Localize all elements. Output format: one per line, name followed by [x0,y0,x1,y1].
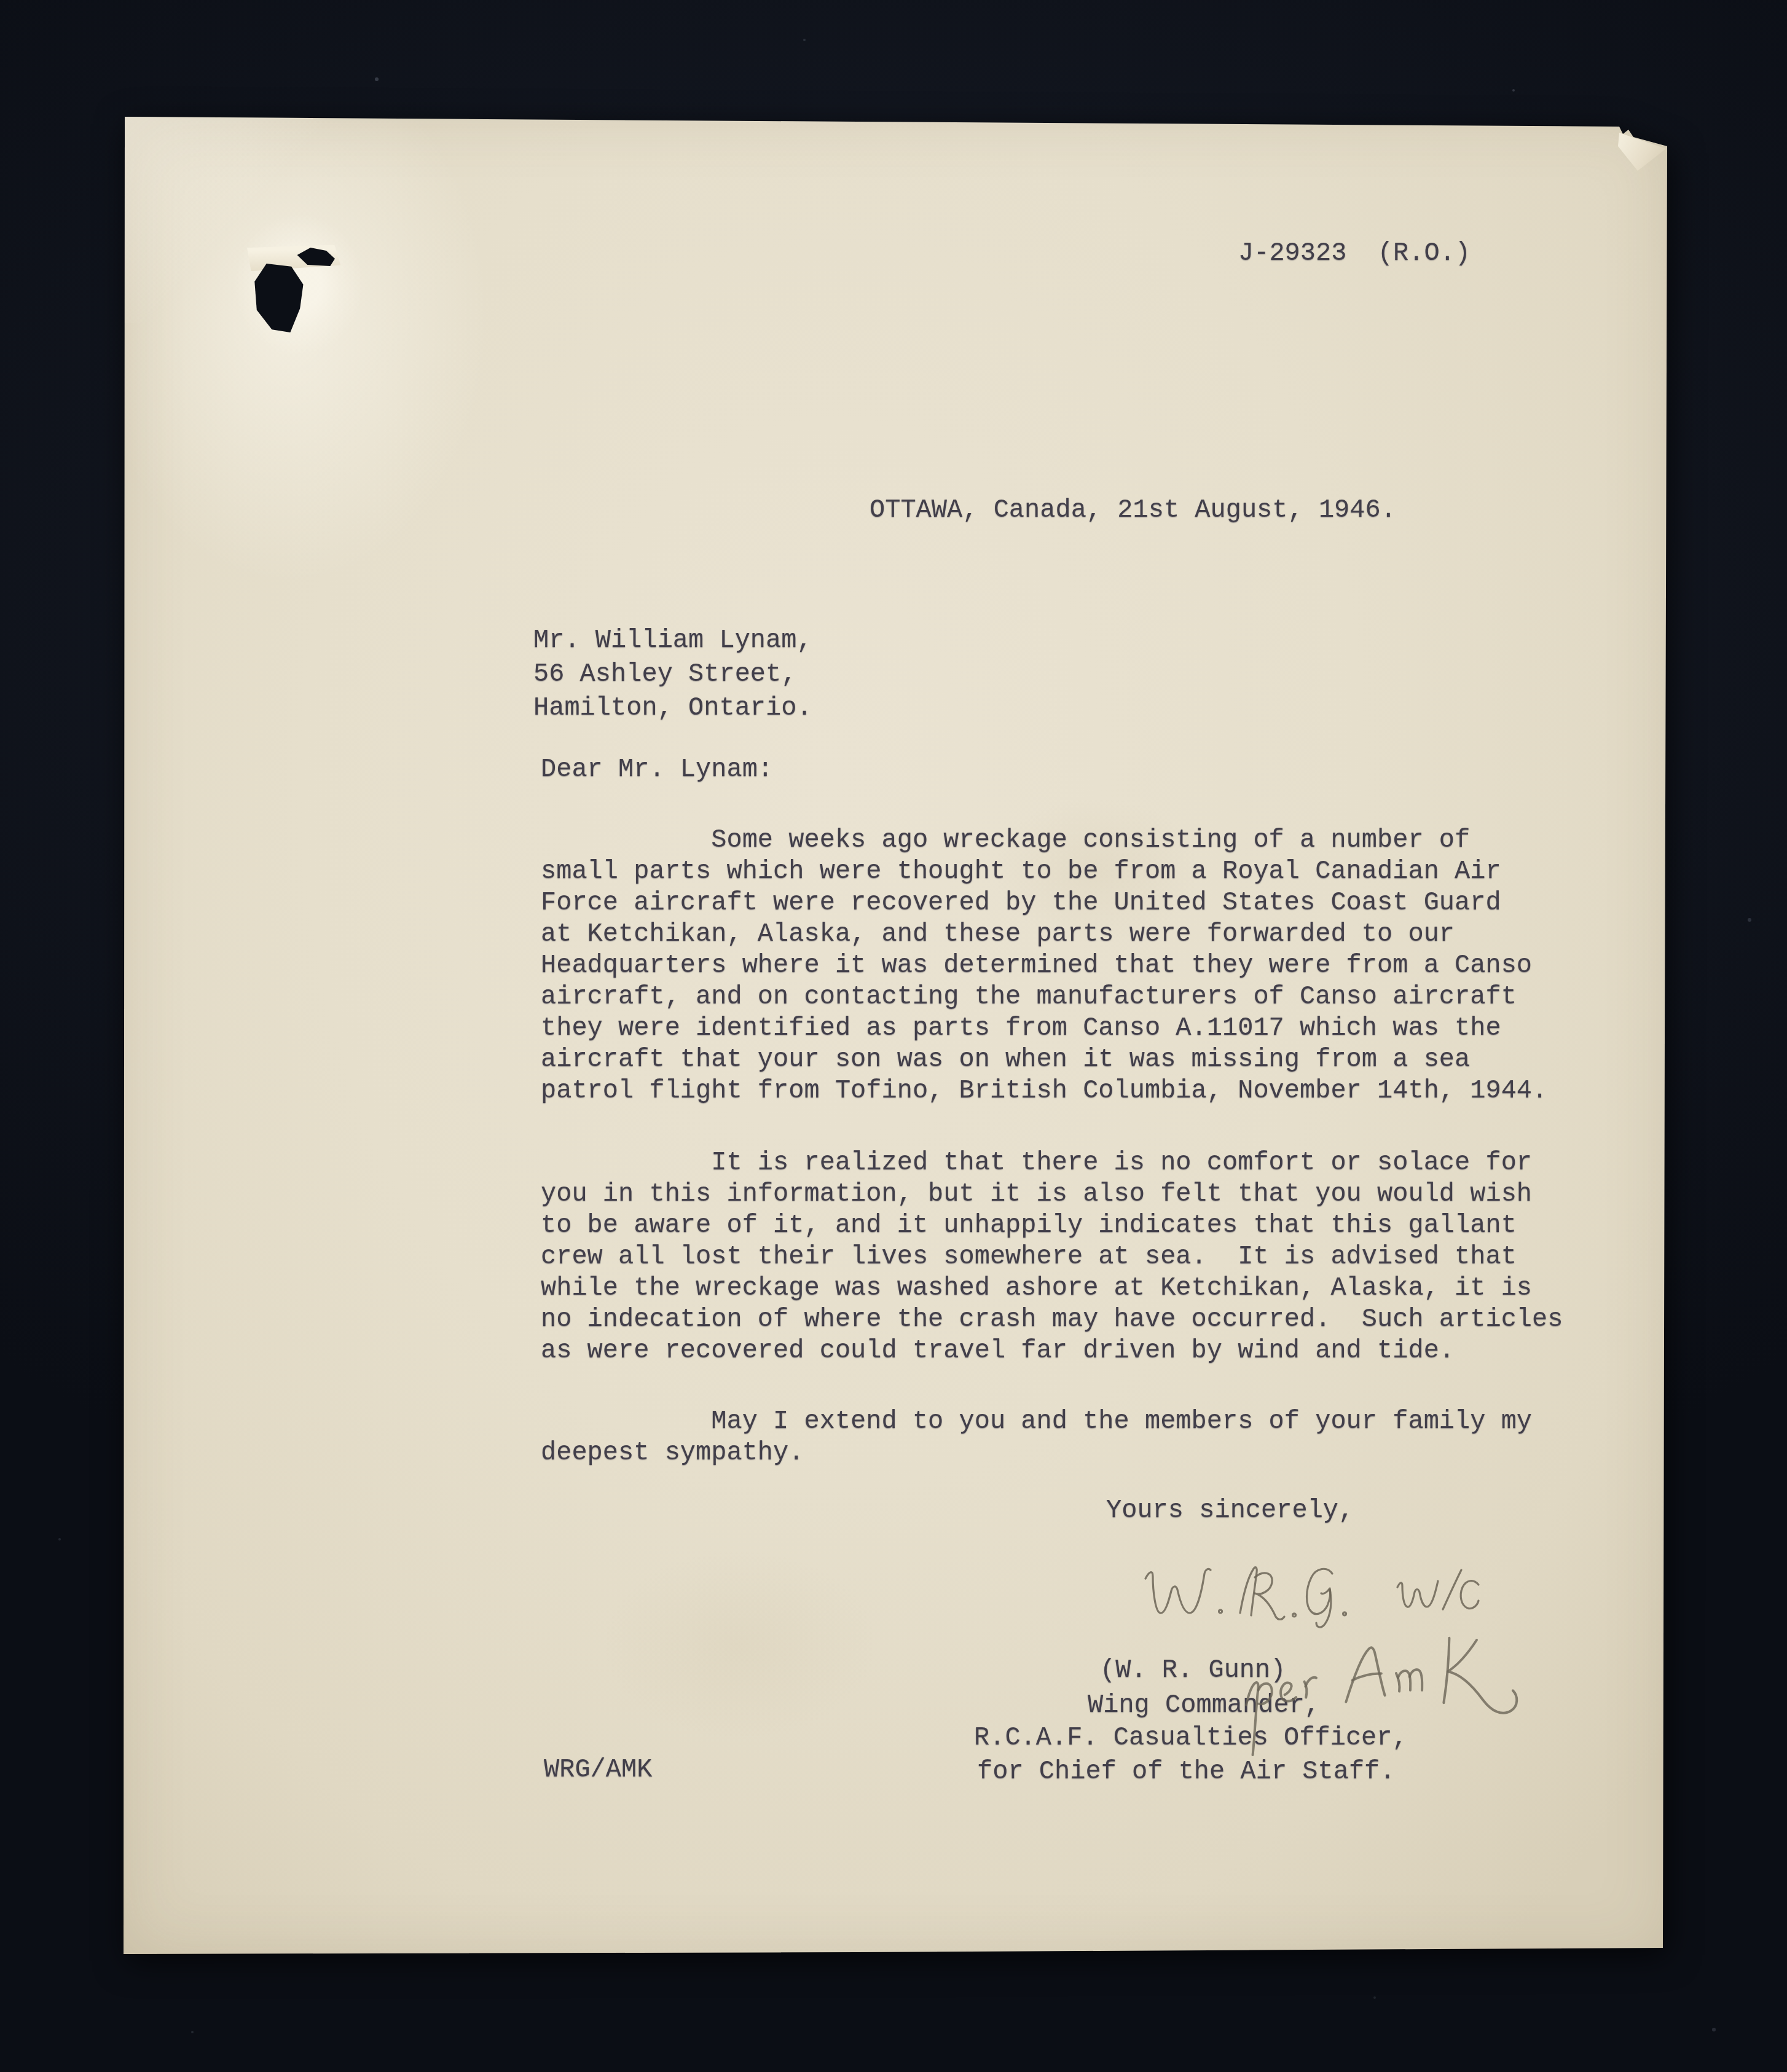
salutation: Dear Mr. Lynam: [541,754,773,785]
letter-paper-wrap: J-29323 (R.O.) OTTAWA, Canada, 21st Augu… [120,114,1670,1958]
body-paragraph-2: It is realized that there is no comfort … [541,1147,1563,1367]
file-reference: J-29323 (R.O.) [1238,238,1471,269]
body-paragraph-3: May I extend to you and the members of y… [541,1406,1532,1469]
dust-specks [0,0,1,1]
letter-paper: J-29323 (R.O.) OTTAWA, Canada, 21st Augu… [120,114,1670,1958]
scan-background: J-29323 (R.O.) OTTAWA, Canada, 21st Augu… [0,0,1787,2072]
typist-initials: WRG/AMK [544,1754,652,1786]
handwritten-per-countersign [1231,1627,1624,1799]
recipient-address: Mr. William Lynam, 56 Ashley Street, Ham… [533,624,812,725]
closing-valediction: Yours sincerely, [1106,1495,1354,1526]
dateline: OTTAWA, Canada, 21st August, 1946. [870,495,1396,526]
body-paragraph-1: Some weeks ago wreckage consisting of a … [541,825,1547,1107]
